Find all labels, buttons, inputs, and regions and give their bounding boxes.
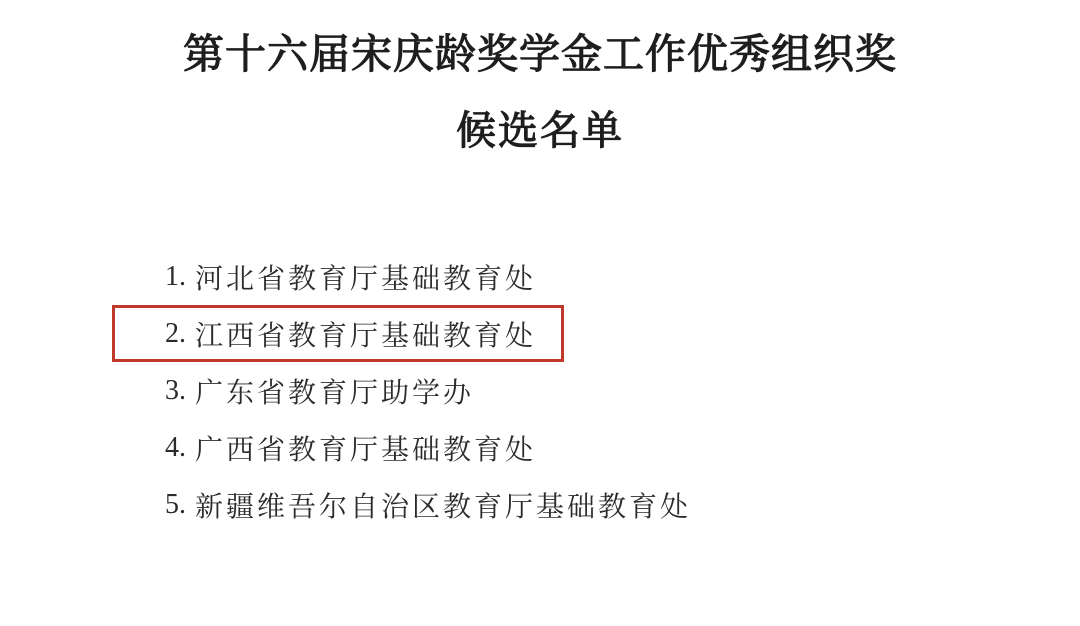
list-item: 5. 新疆维吾尔自治区教育厅基础教育处 (112, 476, 691, 533)
list-item-number: 5. (165, 489, 186, 521)
list-item-number: 3. (165, 375, 186, 407)
list-item-name: 江西省教育厅基础教育处 (195, 314, 536, 354)
list-item-name: 新疆维吾尔自治区教育厅基础教育处 (195, 485, 691, 525)
list-item-name: 广东省教育厅助学办 (195, 371, 474, 411)
list-item-name: 河北省教育厅基础教育处 (195, 257, 536, 297)
document-subtitle: 候选名单 (0, 79, 1080, 155)
list-item-number: 1. (165, 261, 186, 293)
list-item-highlighted: 2. 江西省教育厅基础教育处 (112, 305, 564, 362)
list-item-number: 2. (165, 318, 186, 350)
list-item-number: 4. (165, 432, 186, 464)
candidate-list: 1. 河北省教育厅基础教育处 2. 江西省教育厅基础教育处 3. 广东省教育厅助… (112, 248, 691, 533)
list-item: 4. 广西省教育厅基础教育处 (112, 419, 691, 476)
list-item: 3. 广东省教育厅助学办 (112, 362, 691, 419)
document-title: 第十六届宋庆龄奖学金工作优秀组织奖 (0, 0, 1080, 79)
document-page: 第十六届宋庆龄奖学金工作优秀组织奖 候选名单 1. 河北省教育厅基础教育处 2.… (0, 0, 1080, 626)
list-item-name: 广西省教育厅基础教育处 (195, 428, 536, 468)
list-item: 1. 河北省教育厅基础教育处 (112, 248, 691, 305)
